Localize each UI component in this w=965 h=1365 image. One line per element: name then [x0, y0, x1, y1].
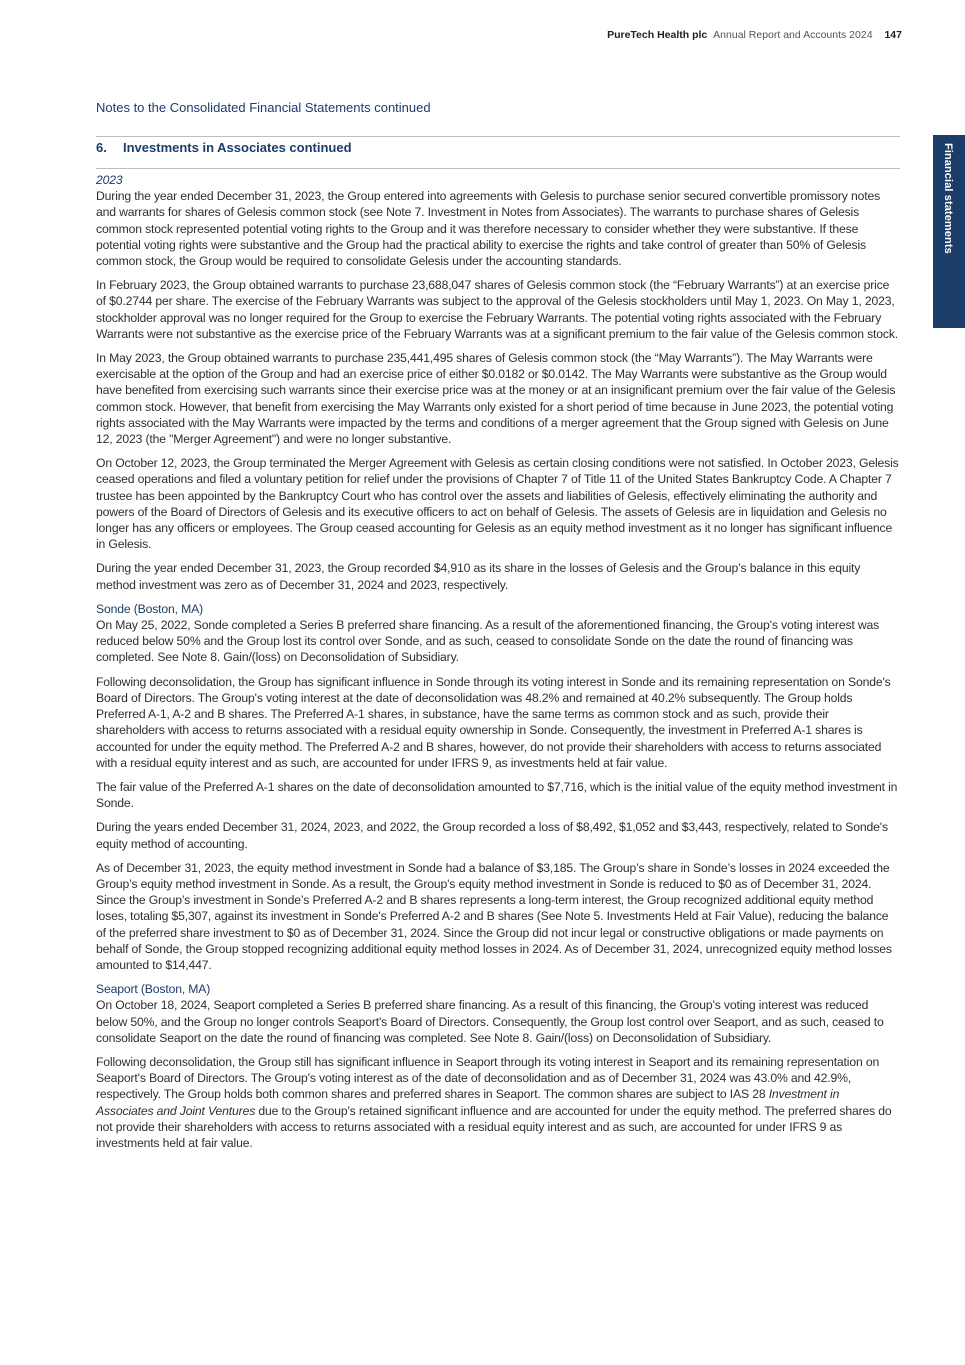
body-content: 2023 During the year ended December 31, …	[96, 172, 899, 1159]
paragraph: In May 2023, the Group obtained warrants…	[96, 350, 899, 447]
divider-bottom	[96, 168, 900, 169]
year-label-2023: 2023	[96, 172, 899, 188]
paragraph: During the year ended December 31, 2023,…	[96, 188, 899, 269]
company-name: PureTech Health plc	[607, 29, 707, 41]
divider-top	[96, 136, 900, 137]
paragraph: On October 18, 2024, Seaport completed a…	[96, 997, 899, 1046]
section-title: Investments in Associates continued	[123, 140, 352, 155]
notes-title: Notes to the Consolidated Financial Stat…	[96, 100, 431, 115]
page-number: 147	[884, 29, 902, 41]
paragraph: During the years ended December 31, 2024…	[96, 819, 899, 851]
section-heading: 6.Investments in Associates continued	[96, 140, 352, 155]
paragraph: As of December 31, 2023, the equity meth…	[96, 860, 899, 973]
subheading-sonde: Sonde (Boston, MA)	[96, 601, 899, 617]
section-number: 6.	[96, 140, 123, 155]
side-tab-label: Financial statements	[942, 143, 954, 254]
paragraph-with-italic: Following deconsolidation, the Group sti…	[96, 1054, 899, 1151]
subheading-seaport: Seaport (Boston, MA)	[96, 981, 899, 997]
section-side-tab: Financial statements	[933, 135, 965, 328]
text-run: Following deconsolidation, the Group sti…	[96, 1055, 879, 1101]
paragraph: In February 2023, the Group obtained war…	[96, 277, 899, 342]
paragraph: Following deconsolidation, the Group has…	[96, 674, 899, 771]
paragraph: On May 25, 2022, Sonde completed a Serie…	[96, 617, 899, 666]
report-title: Annual Report and Accounts 2024	[713, 29, 872, 41]
running-header: PureTech Health plc Annual Report and Ac…	[607, 29, 902, 41]
paragraph: The fair value of the Preferred A-1 shar…	[96, 779, 899, 811]
paragraph: On October 12, 2023, the Group terminate…	[96, 455, 899, 552]
paragraph: During the year ended December 31, 2023,…	[96, 560, 899, 592]
